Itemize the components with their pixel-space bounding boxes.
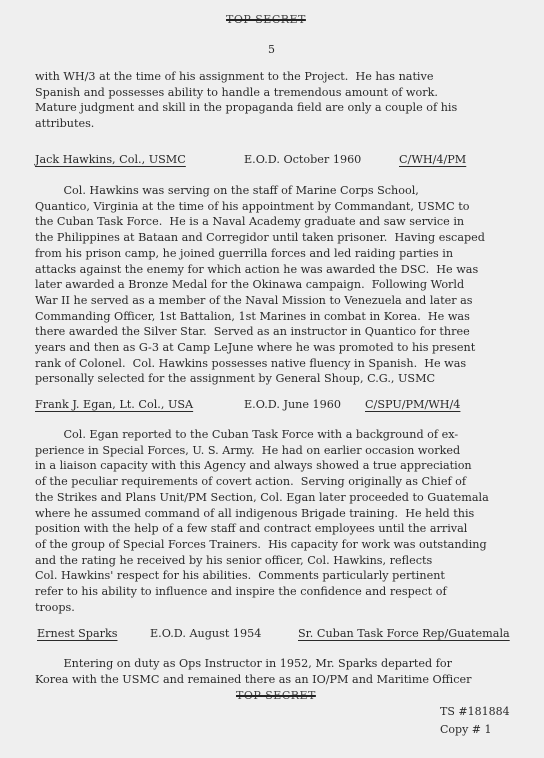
document-page: TOP SECRET 5 with WH/3 at the time of hi… xyxy=(0,0,544,758)
entry-body: Col. Egan reported to the Cuban Task For… xyxy=(35,427,544,615)
entry-eod: E.O.D. August 1954 xyxy=(150,627,261,640)
entry-body: Entering on duty as Ops Instructor in 19… xyxy=(35,656,544,687)
entry-name: Jack Hawkins, Col., USMC xyxy=(35,153,186,166)
classification-header: TOP SECRET xyxy=(226,13,306,26)
classification-footer: TOP SECRET xyxy=(236,689,316,702)
copy-number: Copy # 1 xyxy=(440,723,492,736)
page-number: 5 xyxy=(268,43,275,56)
entry-eod: E.O.D. June 1960 xyxy=(244,398,341,411)
entry-eod: E.O.D. October 1960 xyxy=(244,153,361,166)
entry-position: C/SPU/PM/WH/4 xyxy=(365,398,460,411)
control-number: TS #181884 xyxy=(440,705,510,718)
entry-name: Ernest Sparks xyxy=(37,627,118,640)
intro-paragraph: with WH/3 at the time of his assignment … xyxy=(35,69,544,132)
entry-position: Sr. Cuban Task Force Rep/Guatemala xyxy=(298,627,510,640)
entry-body: Col. Hawkins was serving on the staff of… xyxy=(35,183,544,387)
entry-position: C/WH/4/PM xyxy=(399,153,466,166)
entry-name: Frank J. Egan, Lt. Col., USA xyxy=(35,398,193,411)
